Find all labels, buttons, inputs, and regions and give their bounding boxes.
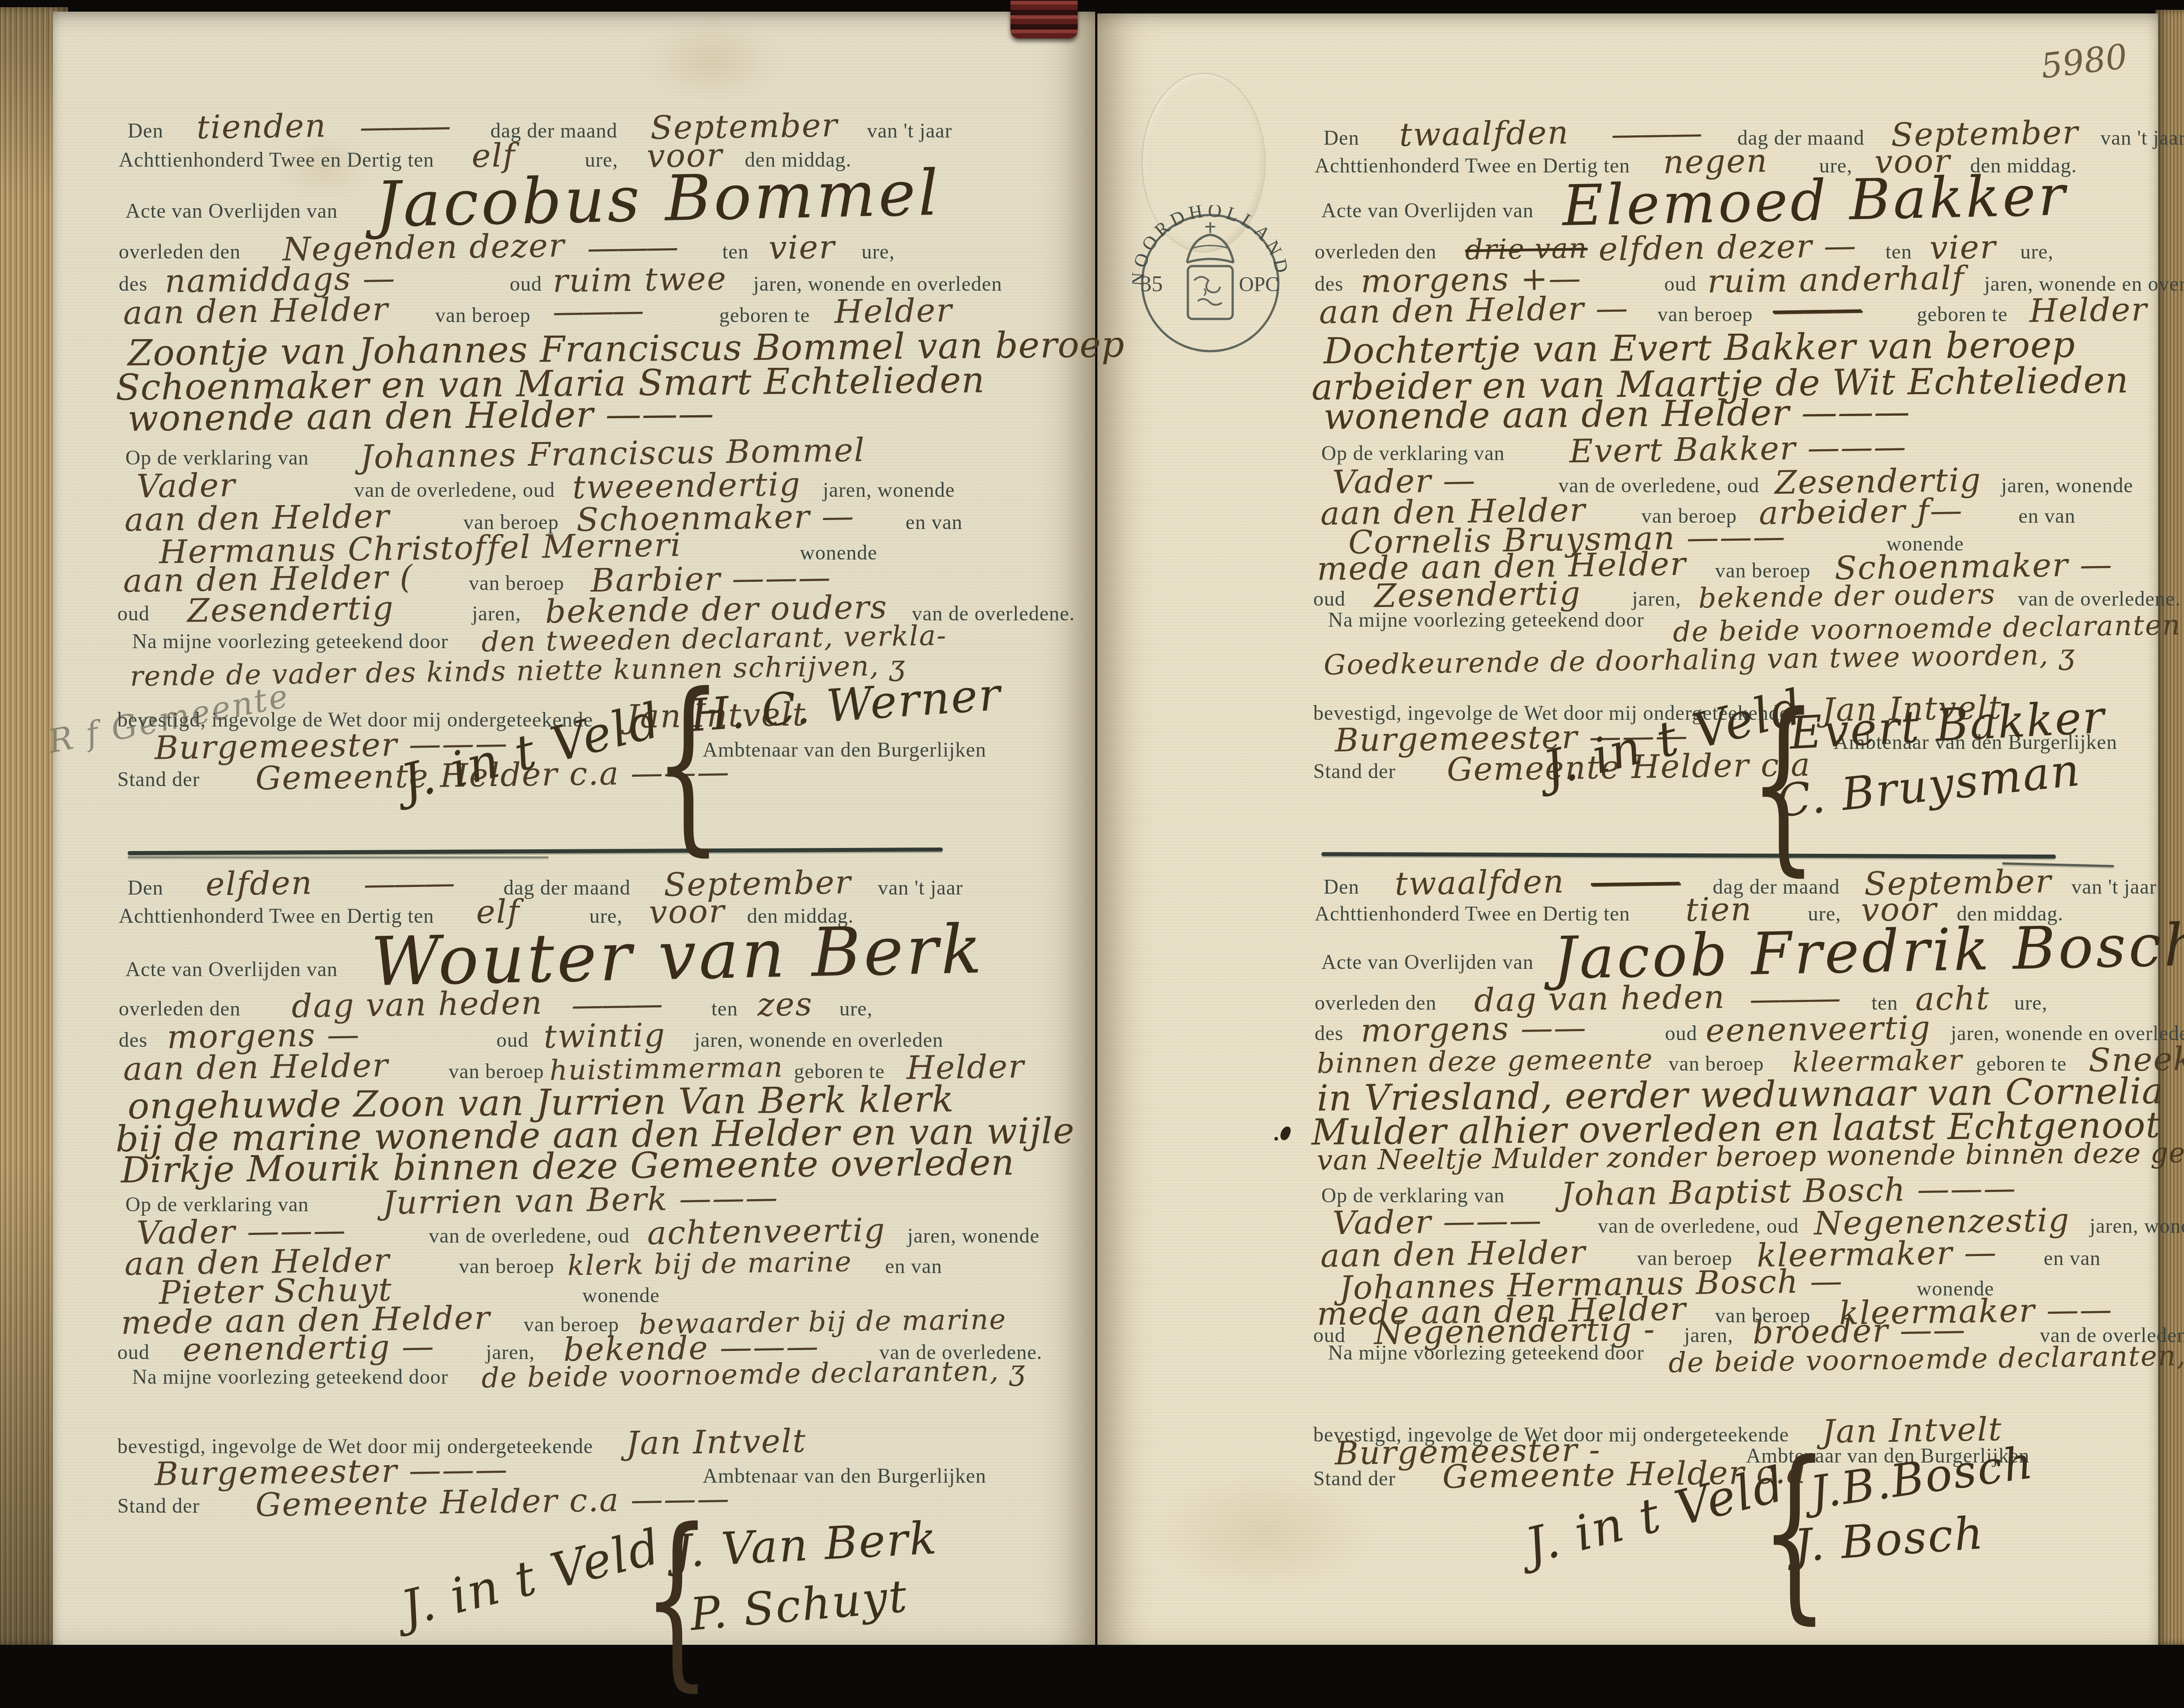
death-record-elemoed-bakker: Den twaalfden ——— dag der maand Septembe…: [1308, 96, 2184, 849]
handwritten-parentage: wonende aan den Helder ———: [128, 395, 714, 437]
printed-label: van beroep: [449, 1060, 544, 1083]
handwritten-deceased-name: Elemoed Bakker: [1562, 166, 2068, 236]
printed-label: Acte van Overlijden van: [125, 958, 338, 981]
printed-label: en van: [906, 511, 963, 533]
reading-note-line: Na mijne voorlezing geteekend door den t…: [132, 624, 947, 653]
deceased-name-line: Acte van Overlijden van Jacob Fredrik Bo…: [1321, 918, 2184, 980]
printed-label: van beroep: [1658, 303, 1753, 326]
printed-label: Op de verklaring van: [1321, 442, 1505, 465]
printed-label: van beroep: [1668, 1052, 1764, 1075]
printed-label: ure,: [839, 997, 873, 1020]
printed-label: van beroep: [435, 304, 531, 327]
printed-label: ure,: [862, 240, 895, 263]
handwritten-dash: ———: [587, 230, 676, 265]
noord-holland-revenue-stamp: NOORDHOLLAND. 35 OPC: [1132, 205, 1288, 361]
reading-note-line: Na mijne voorlezing geteekend door de be…: [1328, 1335, 2184, 1364]
residence-line: aan den Helder — van beroep ——— geboren …: [1319, 293, 2148, 327]
reading-note-line: rende de vader des kinds niette kunnen s…: [130, 656, 906, 685]
handwritten-note: Goedkeurende de doorhaling van twee woor…: [1324, 640, 2076, 680]
handwritten-residence: aan den Helder —: [1319, 291, 1629, 329]
death-record-jacob-fredrik-bosch: Den twaalfden ——— dag der maand Septembe…: [1308, 851, 2184, 1613]
reading-note-line: Na mijne voorlezing geteekend door de be…: [1328, 602, 2181, 632]
printed-label: oud: [496, 1028, 529, 1051]
printed-label: van beroep: [469, 572, 564, 594]
printed-label: jaren, wonende en overleden: [753, 272, 1002, 295]
residence-line: aan den Helder van beroep ——— geboren te…: [123, 294, 952, 328]
printed-label: oud: [510, 272, 542, 295]
printed-label: jaren, wonende: [907, 1224, 1040, 1247]
printed-label: Ambtenaar van den Burgerlijken: [703, 1464, 986, 1487]
printed-label: Acte van Overlijden van: [125, 199, 338, 222]
age-line: des morgens — oud twintig jaren, wonende…: [119, 1019, 943, 1053]
handwritten-birthplace: Helder: [2029, 293, 2148, 328]
printed-label: ten: [711, 997, 738, 1020]
handwritten-deceased-name: Jacob Fredrik Bosch: [1553, 914, 2184, 989]
signature-brace: {: [654, 674, 722, 853]
printed-label: van de overledene, oud: [1598, 1214, 1799, 1237]
printed-label: Na mijne voorlezing geteekend door: [132, 1365, 448, 1388]
printed-label: van de overledene, oud: [1558, 474, 1759, 497]
deceased-name-line: Acte van Overlijden van Elemoed Bakker: [1321, 169, 2068, 228]
stamp-right-value: OPC: [1239, 273, 1279, 296]
witness-signature: J. Van Berk: [673, 1512, 939, 1578]
printed-label: en van: [885, 1255, 942, 1278]
printed-label: Stand der: [117, 768, 200, 791]
printed-label: van 't jaar: [2072, 875, 2157, 898]
printed-label: Na mijne voorlezing geteekend door: [1328, 608, 1644, 631]
printed-label: Na mijne voorlezing geteekend door: [1328, 1341, 1644, 1364]
handwritten-daypart: morgens ——: [1361, 1011, 1587, 1048]
handwritten-age: twintig: [544, 1018, 666, 1054]
printed-label: van de overledene, oud: [429, 1224, 630, 1247]
printed-label: overleden den: [1315, 240, 1436, 263]
register-book-spread: 5980 R f Gemeente NOORDHOLLAND. 35 OPC D…: [0, 0, 2184, 1645]
parentage-line: Dirkje Mourik binnen deze Gemeente overl…: [121, 1148, 1015, 1185]
printed-label: oud: [1665, 1022, 1697, 1045]
gemeente-line: Stand der Gemeente Helder c.a ———: [117, 1485, 730, 1519]
parentage-line: wonende aan den Helder ———: [1324, 396, 1910, 433]
printed-label: geboren te: [1917, 303, 2008, 326]
handwritten-note: de beide voornoemde declaranten, ʒ: [1668, 1341, 2184, 1377]
printed-label: Stand der: [117, 1494, 200, 1517]
parentage-line: wonende aan den Helder ———: [128, 397, 714, 435]
handwritten-dash: ———: [552, 294, 641, 329]
printed-label: Na mijne voorlezing geteekend door: [132, 630, 448, 653]
declaration-line: Op de verklaring van Jurrien van Berk ——…: [125, 1183, 778, 1218]
handwritten-birthplace: Helder: [834, 293, 953, 329]
handwritten-age: eenenveertig: [1706, 1011, 1931, 1048]
spine-headband: [1010, 0, 1078, 39]
printed-label: des: [1315, 272, 1343, 295]
handwritten-relation: Vader: [136, 468, 236, 503]
printed-label: des: [119, 272, 147, 295]
printed-label: van 't jaar: [2101, 126, 2184, 149]
printed-label: Acte van Overlijden van: [1321, 951, 1534, 973]
printed-label: Ambtenaar van den Burgerlijken: [703, 738, 986, 761]
printed-label: oud: [1664, 272, 1697, 295]
handwritten-declarant2-age: Zesendertig: [187, 591, 394, 628]
handwritten-residence: aan den Helder: [123, 1049, 389, 1086]
stamp-left-value: 35: [1140, 271, 1163, 296]
printed-label: overleden den: [119, 240, 241, 263]
handwritten-death-hour: vier: [768, 230, 835, 265]
death-date-line: overleden den Negenden dezer ——— ten vie…: [119, 231, 895, 265]
printed-label: Acte van Overlijden van: [1321, 199, 1534, 222]
printed-label: van 't jaar: [878, 876, 963, 899]
printed-label: oud: [117, 602, 150, 625]
handwritten-residence: aan den Helder: [123, 293, 389, 330]
printed-label: jaren, wonende: [2001, 474, 2133, 497]
handwritten-death-hour: zes: [757, 987, 813, 1022]
handwritten-note: de beide voornoemde declaranten, ʒ: [481, 1356, 1026, 1393]
printed-label: jaren, wonende en overleden: [694, 1028, 943, 1051]
deceased-name-line: Acte van Overlijden van Wouter van Berk: [125, 918, 984, 989]
printed-label: jaren,: [472, 602, 521, 625]
printed-label: Stand der: [1313, 760, 1396, 783]
death-record-jacobus-bommel: Den tienden ——— dag der maand September …: [112, 96, 1097, 849]
declaration-line: Op de verklaring van Evert Bakker ———: [1321, 432, 1907, 466]
deceased-name-line: Acte van Overlijden van Jacobus Bommel: [125, 163, 941, 229]
reading-note-line: Na mijne voorlezing geteekend door de be…: [132, 1360, 1026, 1389]
handwritten-deceased-name: Jacobus Bommel: [374, 160, 942, 238]
parentage-line: van Neeltje Mulder zonder beroep wonende…: [1317, 1141, 2184, 1170]
printed-label: en van: [2018, 504, 2075, 527]
handwritten-parentage: van Neeltje Mulder zonder beroep wonende…: [1317, 1137, 2184, 1175]
printed-label: en van: [2044, 1247, 2101, 1269]
age-line: des morgens —— oud eenenveertig jaren, w…: [1315, 1012, 2184, 1046]
printed-label: jaren, wonende: [2089, 1214, 2184, 1237]
printed-label: Op de verklaring van: [125, 446, 309, 469]
handwritten-struck-dash: ———: [1772, 293, 1862, 328]
handwritten-residence: binnen deze gemeente: [1317, 1044, 1654, 1078]
printed-label: des: [1315, 1022, 1343, 1045]
printed-label: geboren te: [719, 304, 810, 327]
declarant1-line: Vader ——— van de overledene, oud Negenen…: [1333, 1205, 2184, 1239]
printed-label: Stand der: [1313, 1467, 1396, 1490]
printed-label: van 't jaar: [867, 119, 952, 142]
death-record-wouter-van-berk: Den elfden ——— dag der maand September v…: [112, 851, 1097, 1613]
death-date-line: overleden den dag van heden ——— ten zes …: [119, 988, 873, 1022]
reading-note-line: Goedkeurende de doorhaling van twee woor…: [1324, 645, 2076, 674]
printed-label: des: [119, 1028, 147, 1051]
printed-label: ure,: [2021, 240, 2054, 263]
printed-label: ure,: [2014, 991, 2047, 1014]
printed-label: overleden den: [119, 997, 241, 1020]
